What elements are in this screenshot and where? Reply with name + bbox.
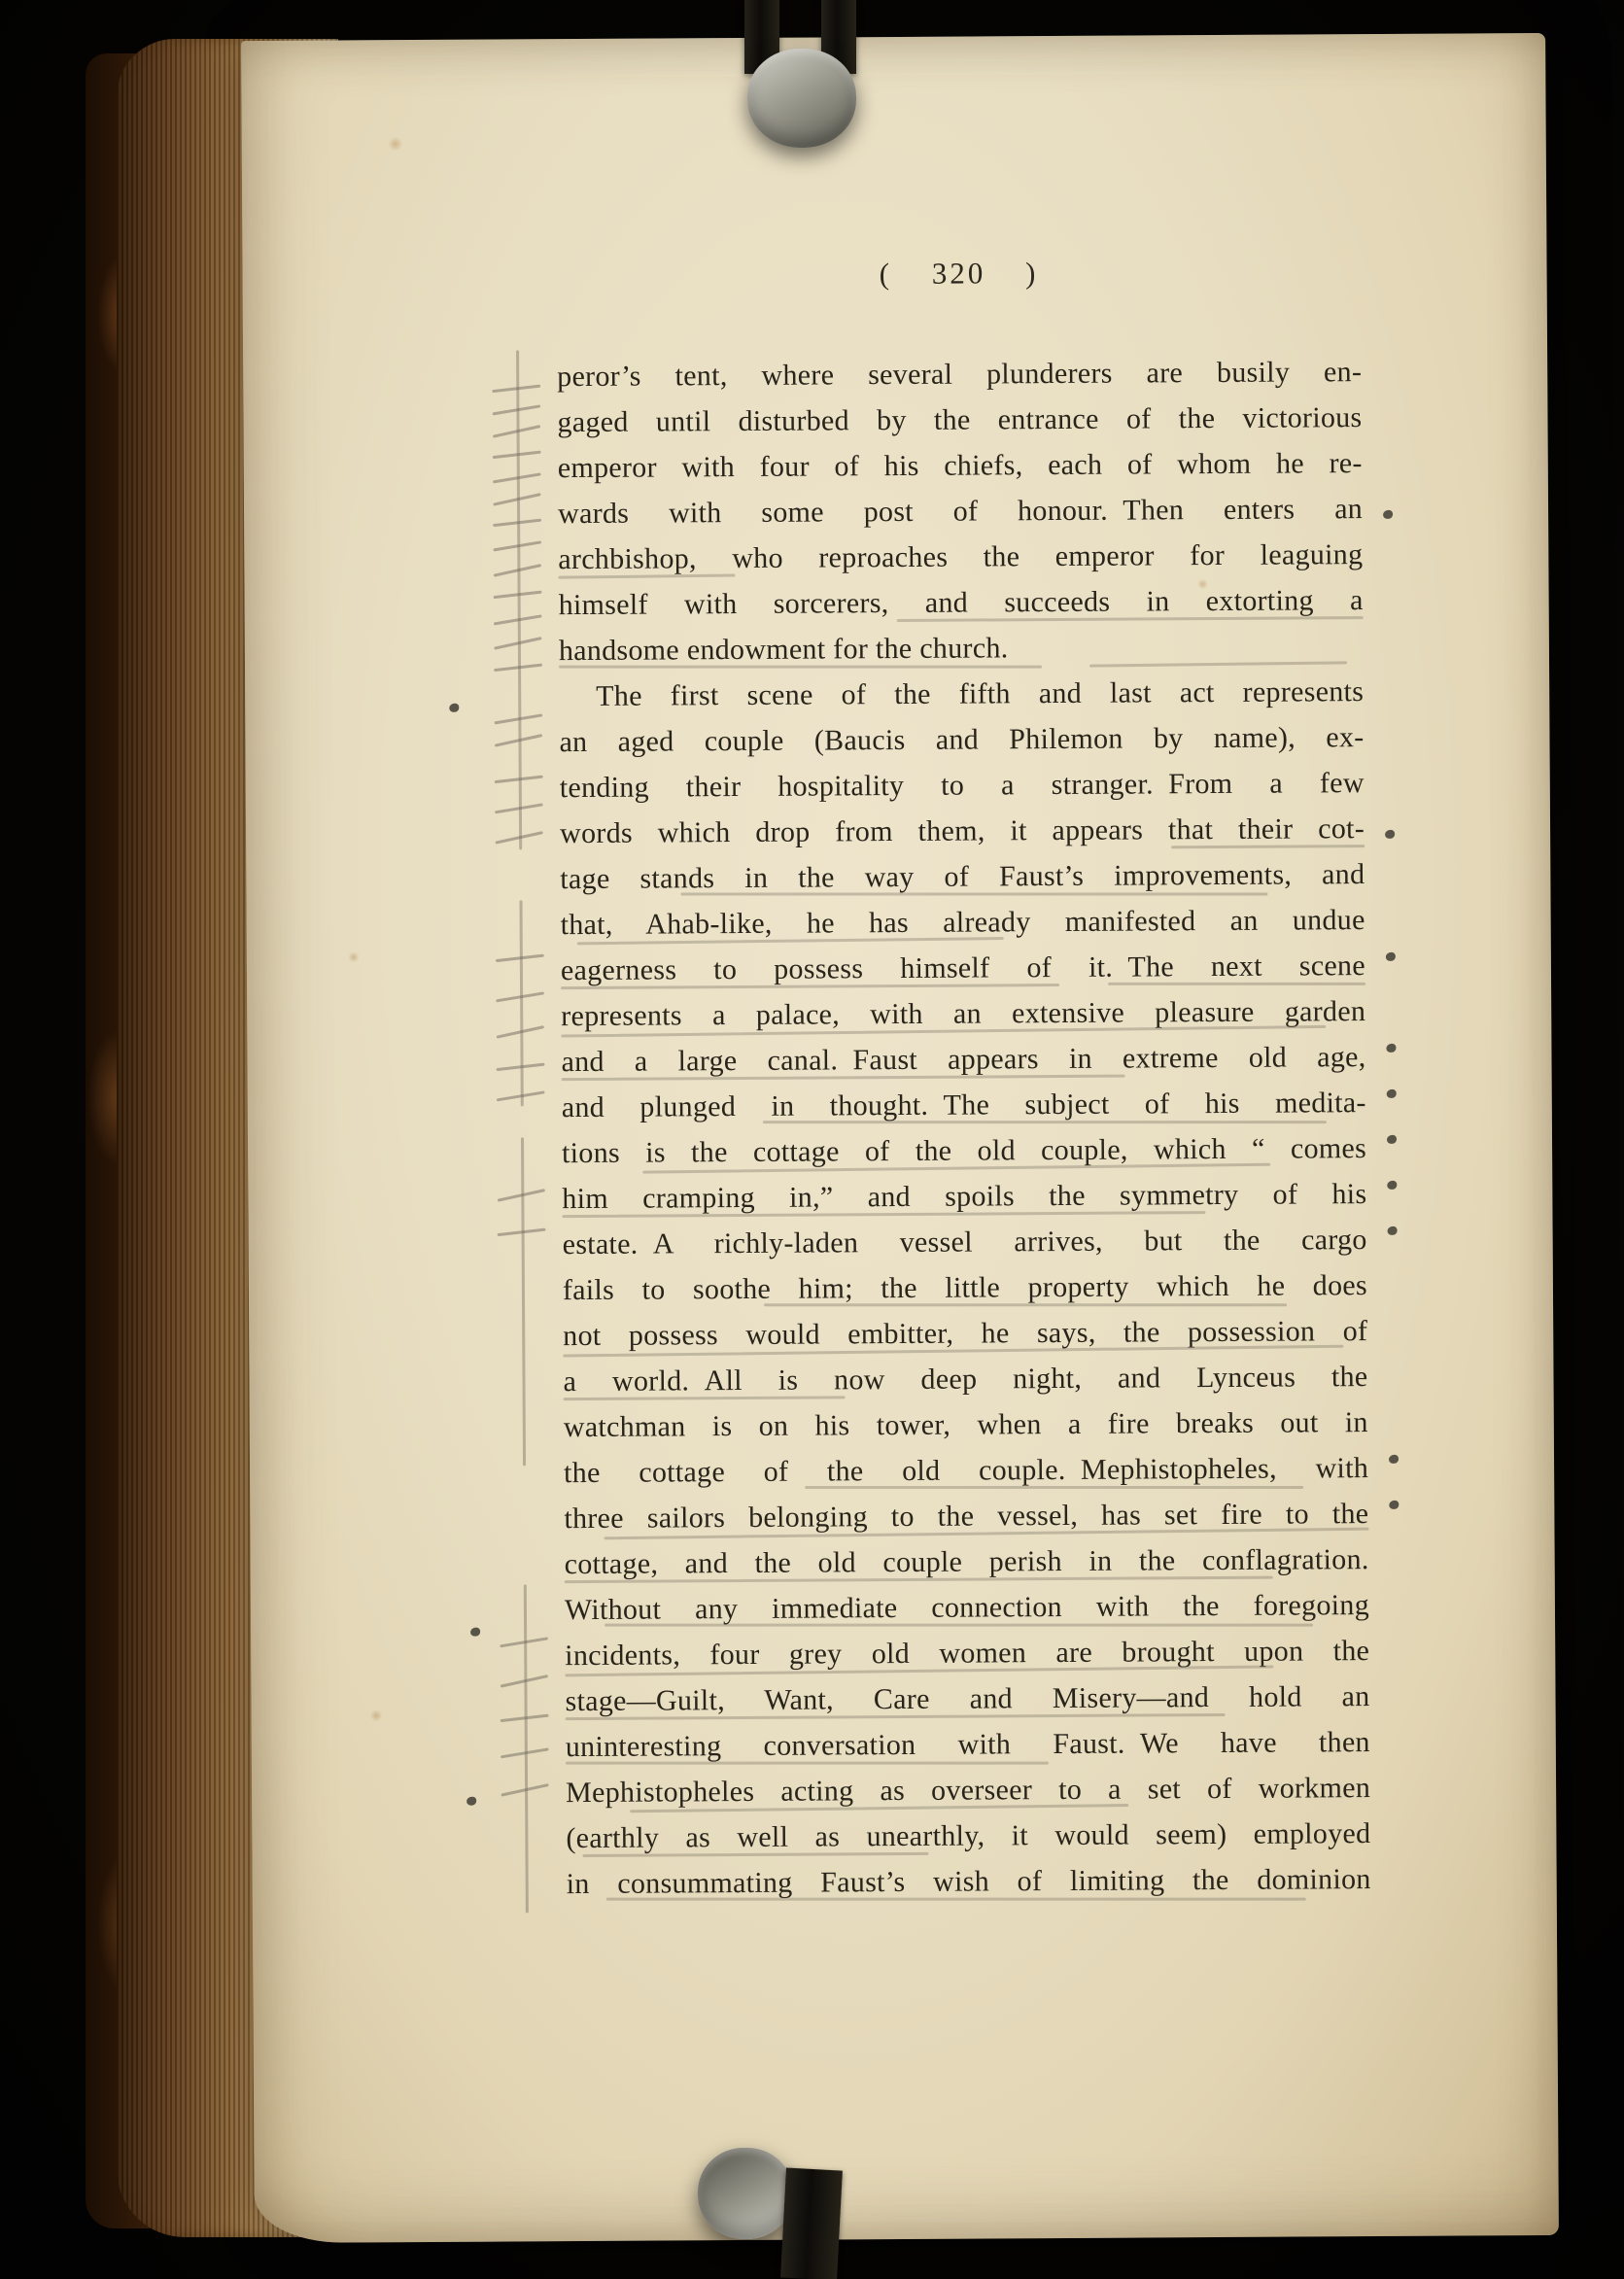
text-line: watchman is on his tower, when a fire br…: [564, 1399, 1368, 1450]
pencil-hatch-tick: [497, 1063, 545, 1072]
pencil-underline: [763, 1121, 1327, 1123]
pencil-margin-rule: [521, 1137, 526, 1466]
pencil-hatch-tick: [495, 803, 543, 813]
pencil-hatch-tick: [493, 540, 541, 551]
pencil-dot-right: [1386, 1044, 1396, 1053]
pencil-hatch-tick: [501, 1714, 549, 1723]
pencil-underline: [806, 1486, 1304, 1489]
pencil-dot-right: [1387, 1135, 1397, 1144]
text-line: estate. A richly-laden vessel arrives, b…: [563, 1217, 1367, 1267]
pencil-margin-rule: [524, 1584, 529, 1913]
pencil-hatch-tick: [498, 1228, 546, 1237]
foxing-spot: [370, 1709, 383, 1721]
pencil-hatch-tick: [494, 591, 542, 600]
pencil-underline: [605, 1624, 1313, 1627]
pencil-underline: [764, 1303, 1287, 1306]
pencil-margin-rule: [519, 900, 523, 1106]
pencil-hatch-tick: [494, 664, 542, 673]
pencil-dot-right: [1387, 1181, 1397, 1190]
pencil-hatch-tick: [494, 637, 541, 650]
pencil-hatch-tick: [492, 385, 540, 394]
pencil-dot-left: [466, 1797, 476, 1806]
pencil-margin-rule: [516, 350, 522, 849]
text-line: gaged until disturbed by the entrance of…: [557, 395, 1362, 445]
pencil-hatch-tick: [494, 564, 541, 577]
pencil-hatch-tick: [497, 1090, 545, 1101]
pencil-hatch-tick: [495, 776, 543, 784]
text-line: an aged couple (Baucis and Philemon by n…: [559, 714, 1364, 765]
foxing-spot: [348, 951, 360, 962]
pencil-hatch-tick: [493, 404, 541, 415]
pencil-hatch-tick: [501, 1783, 548, 1797]
pencil-hatch-tick: [494, 713, 542, 724]
pencil-dot-right: [1389, 1455, 1399, 1464]
pencil-dot-right: [1385, 830, 1395, 839]
pencil-hatch-tick: [496, 954, 544, 963]
pencil-hatch-tick: [493, 451, 541, 460]
pencil-underline: [559, 666, 1042, 669]
text-line: wards with some post of honour. Then ent…: [558, 486, 1363, 536]
pencil-dot-right: [1383, 510, 1393, 519]
text-line: tending their hospitality to a stranger.…: [560, 760, 1365, 811]
pencil-hatch-tick: [500, 1637, 548, 1647]
text-line: words which drop from them, it appears t…: [560, 806, 1365, 856]
page-number: ( 320 ): [556, 254, 1361, 294]
page-weight-clamp-bottom: [698, 2148, 793, 2239]
text-column: peror’s tent, where several plunderers a…: [557, 349, 1371, 1907]
pencil-dot-right: [1386, 952, 1396, 961]
text-line: peror’s tent, where several plunderers a…: [557, 349, 1362, 399]
text-line: The first scene of the fifth and last ac…: [559, 669, 1364, 719]
book-page: ( 320 ) peror’s tent, where several plun…: [241, 33, 1559, 2243]
pencil-hatch-tick: [501, 1747, 549, 1758]
pencil-hatch-tick: [497, 1025, 544, 1039]
cradle-strap-bottom: [780, 2168, 843, 2279]
pencil-hatch-tick: [493, 493, 540, 506]
pencil-underline: [566, 1762, 1049, 1765]
pencil-hatch-tick: [501, 1675, 548, 1688]
pencil-hatch-tick: [494, 614, 542, 625]
pencil-dot-left: [470, 1628, 480, 1637]
photo-background: ( 320 ) peror’s tent, where several plun…: [0, 0, 1624, 2279]
pencil-dot-right: [1388, 1226, 1398, 1235]
pencil-hatch-tick: [498, 1189, 545, 1202]
pencil-hatch-tick: [495, 831, 542, 845]
pencil-underline: [606, 1898, 1306, 1901]
pencil-hatch-tick: [495, 734, 542, 747]
pencil-hatch-tick: [496, 991, 544, 1002]
pencil-hatch-tick: [493, 519, 541, 528]
pencil-hatch-tick: [493, 472, 541, 483]
pencil-underline: [681, 893, 1268, 896]
pencil-hatch-tick: [493, 425, 540, 438]
foxing-spot: [388, 137, 403, 151]
pencil-dot-right: [1387, 1089, 1397, 1098]
pencil-dot-left: [449, 704, 459, 712]
pencil-underline: [1108, 983, 1365, 985]
pencil-dot-right: [1389, 1501, 1399, 1509]
text-line: emperor with four of his chiefs, each of…: [558, 440, 1363, 491]
page-weight-clamp-top: [747, 49, 856, 148]
